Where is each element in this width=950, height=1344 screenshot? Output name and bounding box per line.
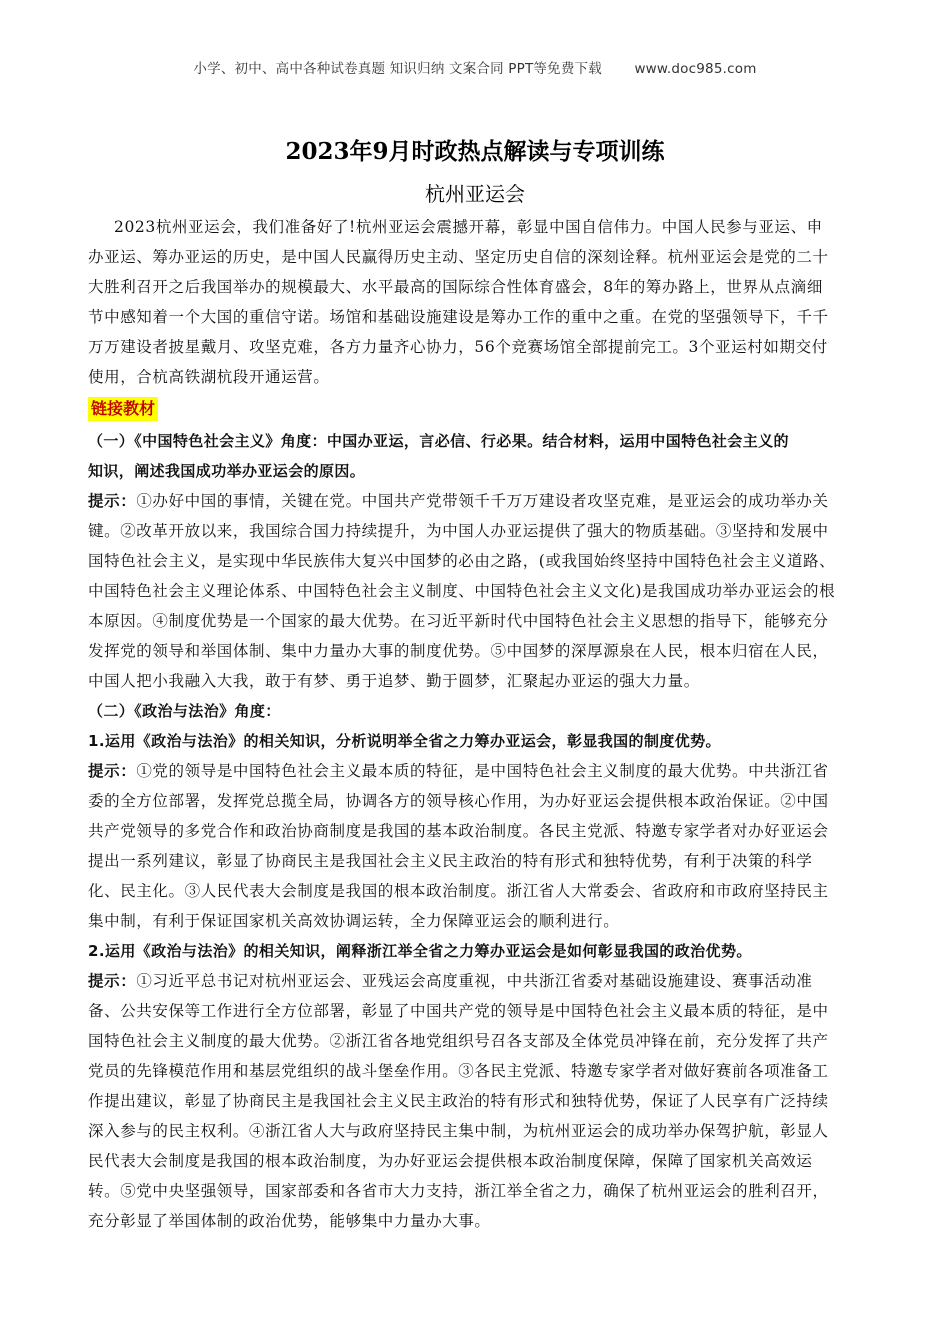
header-site-link[interactable]: www.doc985.com: [634, 61, 756, 77]
document-subtitle: 杭州亚运会: [0, 178, 950, 207]
document-title: 2023年9月时政热点解读与专项训练: [0, 133, 950, 166]
hint-line: 备、公共安保等工作进行全方位部署，彰显了中国共产党的领导是中国特色社会主义最本质…: [88, 996, 864, 1026]
hint-line: 作提出建议，彰显了协商民主是我国社会主义民主政治的特有形式和独特优势，保证了人民…: [88, 1086, 864, 1116]
section-1-question-line: 知识，阐述我国成功举办亚运会的原因。: [88, 456, 864, 486]
intro-line: 2023杭州亚运会，我们准备好了!杭州亚运会震撼开幕，彰显中国自信伟力。中国人民…: [88, 212, 864, 242]
hint-line: 党员的先锋模范作用和基层党组织的战斗堡垒作用。③各民主党派、特邀专家学者对做好赛…: [88, 1056, 864, 1086]
question-1: 1.运用《政治与法治》的相关知识，分析说明举全省之力筹办亚运会，彰显我国的制度优…: [88, 726, 864, 756]
intro-line: 节中感知着一个大国的重信守诺。场馆和基础设施建设是筹办工作的重中之重。在党的坚强…: [88, 302, 864, 332]
hint-text: ①习近平总书记对杭州亚运会、亚残运会高度重视，中共浙江省委对基础设施建设、赛事活…: [136, 972, 812, 990]
intro-paragraph: 2023杭州亚运会，我们准备好了!杭州亚运会震撼开幕，彰显中国自信伟力。中国人民…: [88, 212, 864, 392]
hint-line: 共产党领导的多党合作和政治协商制度是我国的基本政治制度。各民主党派、特邀专家学者…: [88, 816, 864, 846]
intro-line: 办亚运、筹办亚运的历史，是中国人民赢得历史主动、坚定历史自信的深刻诠释。杭州亚运…: [88, 242, 864, 272]
section-2-heading: （二）《政治与法治》角度：: [88, 696, 864, 726]
hint-line: 充分彰显了举国体制的政治优势，能够集中力量办大事。: [88, 1206, 864, 1236]
hint-line: 化、民主化。③人民代表大会制度是我国的根本政治制度。浙江省人大常委会、省政府和市…: [88, 876, 864, 906]
textbook-link-tag: 链接教材: [88, 397, 158, 421]
intro-line: 使用，合杭高铁湖杭段开通运营。: [88, 362, 864, 392]
hint-line: 民代表大会制度是我国的根本政治制度，为办好亚运会提供根本政治制度保障，保障了国家…: [88, 1146, 864, 1176]
hint-text: ①办好中国的事情，关键在党。中国共产党带领千千万万建设者攻坚克难，是亚运会的成功…: [136, 492, 828, 510]
hint-line: 发挥党的领导和举国体制、集中力量办大事的制度优势。⑤中国梦的深厚源泉在人民，根本…: [88, 636, 864, 666]
header-tagline: 小学、初中、高中各种试卷真题 知识归纳 文案合同 PPT等免费下载: [193, 61, 602, 77]
hint-line: 提示：①办好中国的事情，关键在党。中国共产党带领千千万万建设者攻坚克难，是亚运会…: [88, 486, 864, 516]
hint-line: 委的全方位部署，发挥党总揽全局，协调各方的领导核心作用，为办好亚运会提供根本政治…: [88, 786, 864, 816]
hint-label: 提示：: [88, 762, 136, 780]
hint-line: 深入参与的民主权利。④浙江省人大与政府坚持民主集中制，为杭州亚运会的成功举办保驾…: [88, 1116, 864, 1146]
tag-row: 链接教材: [88, 392, 864, 426]
hint-line: 提示：①习近平总书记对杭州亚运会、亚残运会高度重视，中共浙江省委对基础设施建设、…: [88, 966, 864, 996]
section-1-question-line: （一）《中国特色社会主义》角度：中国办亚运，言必信、行必果。结合材料，运用中国特…: [88, 426, 864, 456]
hint-line: 国特色社会主义，是实现中华民族伟大复兴中国梦的必由之路，(或我国始终坚持中国特色…: [88, 546, 864, 576]
hint-line: 本原因。④制度优势是一个国家的最大优势。在习近平新时代中国特色社会主义思想的指导…: [88, 606, 864, 636]
hint-line: 中国特色社会主义理论体系、中国特色社会主义制度、中国特色社会主义文化)是我国成功…: [88, 576, 864, 606]
hint-line: 集中制，有利于保证国家机关高效协调运转，全力保障亚运会的顺利进行。: [88, 906, 864, 936]
intro-line: 万万建设者披星戴月、攻坚克难，各方力量齐心协力，56个竞赛场馆全部提前完工。3个…: [88, 332, 864, 362]
hint-line: 提出一系列建议，彰显了协商民主是我国社会主义民主政治的特有形式和独特优势，有利于…: [88, 846, 864, 876]
intro-line: 大胜利召开之后我国举办的规模最大、水平最高的国际综合性体育盛会，8年的筹办路上，…: [88, 272, 864, 302]
hint-line: 转。⑤党中央坚强领导，国家部委和各省市大力支持，浙江举全省之力，确保了杭州亚运会…: [88, 1176, 864, 1206]
hint-line: 国特色社会主义制度的最大优势。②浙江省各地党组织号召各支部及全体党员冲锋在前，充…: [88, 1026, 864, 1056]
question-2: 2.运用《政治与法治》的相关知识，阐释浙江举全省之力筹办亚运会是如何彰显我国的政…: [88, 936, 864, 966]
hint-line: 键。②改革开放以来，我国综合国力持续提升，为中国人办亚运提供了强大的物质基础。③…: [88, 516, 864, 546]
hint-label: 提示：: [88, 972, 136, 990]
hint-line: 提示：①党的领导是中国特色社会主义最本质的特征，是中国特色社会主义制度的最大优势…: [88, 756, 864, 786]
hint-label: 提示：: [88, 492, 136, 510]
document-body: 2023杭州亚运会，我们准备好了!杭州亚运会震撼开幕，彰显中国自信伟力。中国人民…: [88, 212, 864, 1236]
section-1: （一）《中国特色社会主义》角度：中国办亚运，言必信、行必果。结合材料，运用中国特…: [88, 426, 864, 696]
section-2: （二）《政治与法治》角度： 1.运用《政治与法治》的相关知识，分析说明举全省之力…: [88, 696, 864, 1236]
page-header: 小学、初中、高中各种试卷真题 知识归纳 文案合同 PPT等免费下载 www.do…: [0, 57, 950, 77]
hint-text: ①党的领导是中国特色社会主义最本质的特征，是中国特色社会主义制度的最大优势。中共…: [136, 762, 828, 780]
hint-line: 中国人把小我融入大我，敢于有梦、勇于追梦、勤于圆梦，汇聚起办亚运的强大力量。: [88, 666, 864, 696]
